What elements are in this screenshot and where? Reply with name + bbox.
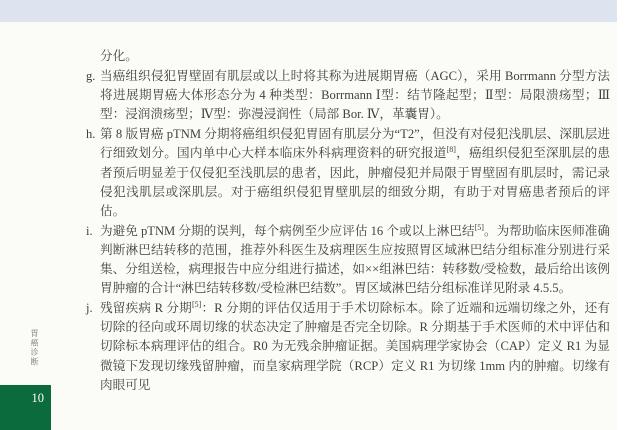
paragraph-text: 残留疾病 R 分期[5]：R 分期的评估仅适用于手术切除标本。除了近端和远端切缘… [100, 299, 610, 394]
chapter-side-label: 胃癌诊断 [29, 329, 40, 367]
document-text: 分化。 g. 当癌组织侵犯胃壁固有肌层或以上时将其称为进展期胃癌（AGC），采用… [86, 47, 610, 396]
list-letter: j. [86, 299, 100, 394]
list-item-j: j. 残留疾病 R 分期[5]：R 分期的评估仅适用于手术切除标本。除了近端和远… [86, 299, 610, 394]
list-letter: h. [86, 125, 100, 220]
list-letter: g. [86, 67, 100, 124]
list-letter: i. [86, 222, 100, 298]
document-page: 胃癌诊断 10 分化。 g. 当癌组织侵犯胃壁固有肌层或以上时将其称为进展期胃癌… [0, 0, 640, 430]
reference-superscript: [5] [475, 223, 484, 232]
paragraph-segment: 残留疾病 R 分期 [100, 301, 192, 315]
list-item-g: g. 当癌组织侵犯胃壁固有肌层或以上时将其称为进展期胃癌（AGC），采用 Bor… [86, 67, 610, 124]
paragraph-text: 第 8 版胃癌 pTNM 分期将癌组织侵犯胃固有肌层分为“T2”，但没有对侵犯浅… [100, 125, 610, 220]
page-top-band [0, 0, 617, 22]
paragraph-text: 当癌组织侵犯胃壁固有肌层或以上时将其称为进展期胃癌（AGC），采用 Borrma… [100, 67, 610, 124]
reference-superscript: [8] [447, 145, 456, 154]
list-item-i: i. 为避免 pTNM 分期的误判，每个病例至少应评估 16 个或以上淋巴结[5… [86, 222, 610, 298]
paragraph-continuation: 分化。 [86, 47, 610, 66]
reference-superscript: [5] [192, 300, 201, 309]
paragraph-segment: 为避免 pTNM 分期的误判，每个病例至少应评估 16 个或以上淋巴结 [100, 224, 475, 238]
page-number: 10 [32, 391, 45, 405]
page-number-block: 10 [0, 385, 51, 430]
list-item-h: h. 第 8 版胃癌 pTNM 分期将癌组织侵犯胃固有肌层分为“T2”，但没有对… [86, 125, 610, 220]
list-letter [86, 47, 100, 66]
paragraph-text: 分化。 [100, 47, 610, 66]
paragraph-segment: 当癌组织侵犯胃壁固有肌层或以上时将其称为进展期胃癌（AGC），采用 Borrma… [100, 69, 610, 121]
paragraph-text: 为避免 pTNM 分期的误判，每个病例至少应评估 16 个或以上淋巴结[5]。为… [100, 222, 610, 298]
scan-edge-strip [617, 0, 640, 430]
